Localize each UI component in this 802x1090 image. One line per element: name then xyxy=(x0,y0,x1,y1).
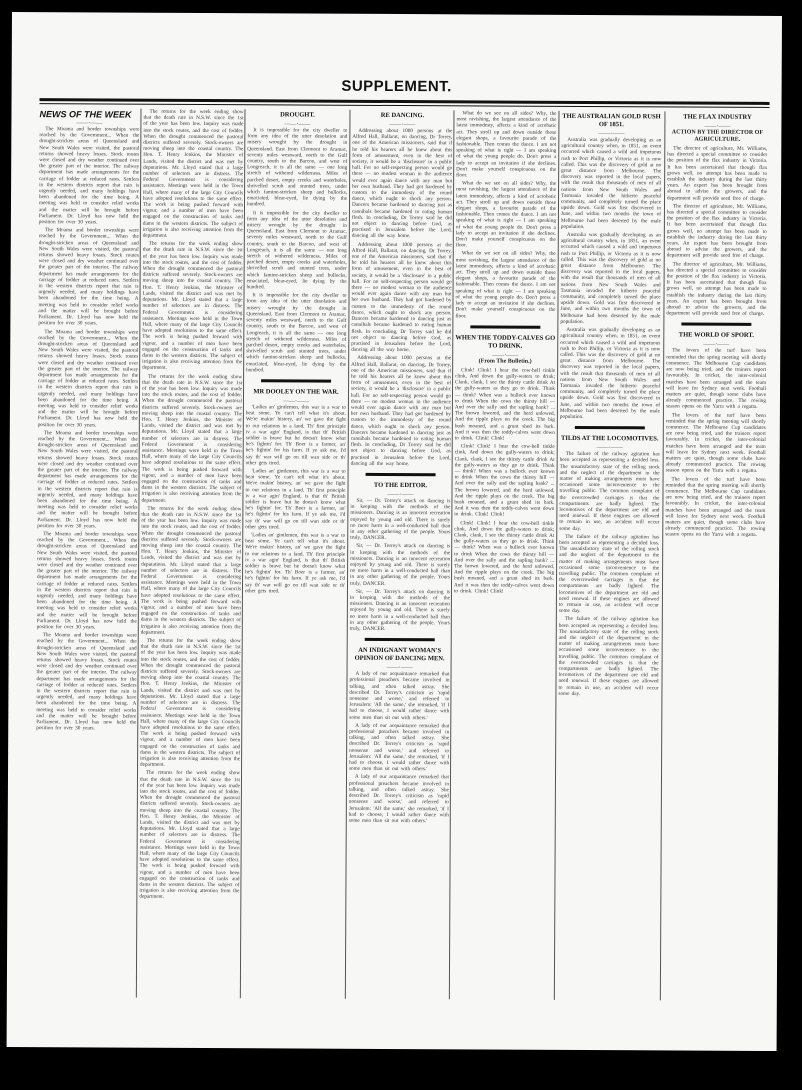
section-divider xyxy=(366,473,436,476)
column-3: DROUGHT.——·——It is impossible for the ci… xyxy=(243,109,348,1009)
section-divider xyxy=(365,638,435,641)
section-heading: THE WORLD OF SPORT. xyxy=(666,332,766,341)
newspaper-page: SUPPLEMENT. NEWS OF THE WEEK——·——The Moa… xyxy=(7,12,782,1051)
section-heading: DROUGHT. xyxy=(247,111,347,120)
article-body: Sir, — Dr. Torrey's attack on dancing is… xyxy=(350,498,451,633)
article-body: A lady of our acquaintance remarked that… xyxy=(349,671,450,824)
section-heading: RE DANCING. xyxy=(352,112,452,121)
article-body: 'Ladies an' gintlemen, this war is a war… xyxy=(245,404,346,595)
article-body: What do we see on all sides? Why, the mo… xyxy=(455,110,556,319)
section-heading: WHEN THE TODDY-CALVES GO TO DRINK. xyxy=(455,334,555,351)
article-body: The failure of the railway agitation has… xyxy=(558,451,659,697)
section-divider xyxy=(575,426,645,429)
column-4: RE DANCING.——·——Addressing about 1000 pe… xyxy=(348,110,453,1010)
column-2: The returns for the week ending show tha… xyxy=(139,109,244,1009)
section-subheading: (From The Bulletin.) xyxy=(455,358,555,366)
masthead: SUPPLEMENT. xyxy=(12,76,782,97)
section-heading: THE FLAX INDUSTRY xyxy=(667,113,767,122)
section-heading: MR DOOLEY ON THE WAR. xyxy=(246,388,346,397)
section-subheading: ACTION BY THE DIRECTOR OF AGRICULTURE. xyxy=(667,129,767,144)
article-body: It is impossible for the city dweller to… xyxy=(246,127,347,373)
section-heading: TILDS AT THE LOCOMOTIVES. xyxy=(560,435,660,444)
article-body: Clink! Clink! I hear the cow-bell tinkle… xyxy=(454,367,555,595)
column-1: NEWS OF THE WEEK——·——The Moama and borde… xyxy=(35,108,140,1008)
section-divider xyxy=(681,323,751,326)
article-body: The returns for the week ending show tha… xyxy=(139,109,243,901)
column-6: THE AUSTRALIAN GOLD RUSH OF 1851.——·——Au… xyxy=(557,111,662,1011)
article-body: Australia was gradually developing as an… xyxy=(560,137,661,421)
article-body: Addressing about 1000 persons at the Alf… xyxy=(351,128,453,467)
section-divider xyxy=(261,379,331,382)
section-heading: An Indignant Woman's Opinion of Dancing … xyxy=(350,647,450,664)
article-body: The Moama and border townships were reac… xyxy=(36,126,139,732)
section-heading: NEWS OF THE WEEK xyxy=(39,110,139,119)
section-heading: TO THE EDITOR. xyxy=(351,482,451,491)
article-body: The lovers of the turf have been reminde… xyxy=(665,348,766,539)
column-5: What do we see on all sides? Why, the mo… xyxy=(452,110,557,1010)
section-heading: THE AUSTRALIAN GOLD RUSH OF 1851. xyxy=(561,113,661,130)
column-7: THE FLAX INDUSTRY——·——ACTION BY THE DIRE… xyxy=(663,111,768,1011)
section-divider xyxy=(470,325,540,328)
article-body: The director of agriculture, Mr. William… xyxy=(666,145,767,317)
